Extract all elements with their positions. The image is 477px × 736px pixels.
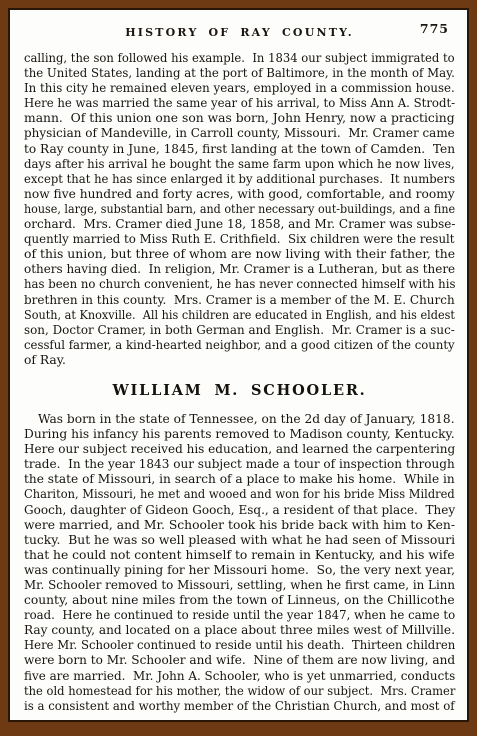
text-line: except that he has since enlarged it by … — [24, 172, 455, 187]
text-line: is a consistent and worthy member of the… — [24, 699, 455, 714]
running-title: HISTORY OF RAY COUNTY. — [125, 26, 354, 39]
paragraph: calling, the son followed his example. I… — [24, 51, 455, 368]
page-content: calling, the son followed his example. I… — [24, 51, 455, 714]
text-line: tucky. But he was so well pleased with w… — [24, 533, 455, 548]
text-line: Ray county, and located on a place about… — [24, 623, 455, 638]
text-line: Here he was married the same year of his… — [24, 96, 455, 111]
text-line: calling, the son followed his example. I… — [24, 51, 455, 66]
book-page: HISTORY OF RAY COUNTY. 775 calling, the … — [8, 8, 469, 722]
page-frame: HISTORY OF RAY COUNTY. 775 calling, the … — [0, 0, 477, 736]
text-line: the United States, landing at the port o… — [24, 66, 455, 81]
text-line: days after his arrival he bought the sam… — [24, 157, 455, 172]
section-heading: WILLIAM M. SCHOOLER. — [24, 382, 455, 399]
text-line: to Ray county in June, 1845, first landi… — [24, 142, 455, 157]
text-line: During his infancy his parents removed t… — [24, 427, 455, 442]
text-line: Gooch, daughter of Gideon Gooch, Esq., a… — [24, 503, 455, 518]
text-line: of Ray. — [24, 353, 455, 368]
text-line: of this union, but three of whom are now… — [24, 247, 455, 262]
text-line: South, at Knoxville. All his children ar… — [24, 308, 455, 323]
text-line: physician of Mandeville, in Carroll coun… — [24, 126, 455, 141]
text-line: orchard. Mrs. Cramer died June 18, 1858,… — [24, 217, 455, 232]
text-line: son, Doctor Cramer, in both German and E… — [24, 323, 455, 338]
text-line: In this city he remained eleven years, e… — [24, 81, 455, 96]
text-line: trade. In the year 1843 our subject made… — [24, 457, 455, 472]
text-line: house, large, substantial barn, and othe… — [24, 202, 455, 217]
text-line: five are married. Mr. John A. Schooler, … — [24, 669, 455, 684]
text-line: others having died. In religion, Mr. Cra… — [24, 262, 455, 277]
text-line: cessful farmer, a kind-hearted neighbor,… — [24, 338, 455, 353]
text-line: road. Here he continued to reside until … — [24, 608, 455, 623]
text-line: Chariton, Missouri, he met and wooed and… — [24, 487, 455, 502]
text-line: the state of Missouri, in search of a pl… — [24, 472, 455, 487]
text-line: now five hundred and forty acres, with g… — [24, 187, 455, 202]
page-number: 775 — [420, 21, 449, 36]
text-line: Here Mr. Schooler continued to reside un… — [24, 638, 455, 653]
text-line: mann. Of this union one son was born, Jo… — [24, 111, 455, 126]
page-header: HISTORY OF RAY COUNTY. 775 — [24, 21, 455, 37]
text-line: Was born in the state of Tennessee, on t… — [24, 412, 455, 427]
paragraph: Was born in the state of Tennessee, on t… — [24, 412, 455, 714]
text-line: quently married to Miss Ruth E. Crithfie… — [24, 232, 455, 247]
text-line: was continually pining for her Missouri … — [24, 563, 455, 578]
text-line: were married, and Mr. Schooler took his … — [24, 518, 455, 533]
text-line: that he could not content himself to rem… — [24, 548, 455, 563]
text-line: has been no church convenient, he has ne… — [24, 277, 455, 292]
text-line: the old homestead for his mother, the wi… — [24, 684, 455, 699]
text-line: Mr. Schooler removed to Missouri, settli… — [24, 578, 455, 593]
text-line: Here our subject received his education,… — [24, 442, 455, 457]
text-line: were born to Mr. Schooler and wife. Nine… — [24, 653, 455, 668]
text-line: county, about nine miles from the town o… — [24, 593, 455, 608]
text-line: brethren in this county. Mrs. Cramer is … — [24, 293, 455, 308]
